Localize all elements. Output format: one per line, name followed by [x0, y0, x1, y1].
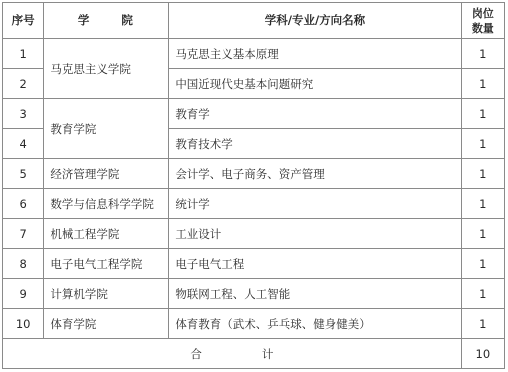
cell-college: 体育学院 [44, 309, 169, 339]
table-row: 8 电子电气工程学院 电子电气工程 1 [3, 249, 505, 279]
cell-college: 数学与信息科学学院 [44, 189, 169, 219]
total-label: 合计 [3, 339, 462, 369]
header-no: 序号 [3, 3, 44, 39]
cell-college: 电子电气工程学院 [44, 249, 169, 279]
cell-no: 10 [3, 309, 44, 339]
cell-no: 5 [3, 159, 44, 189]
cell-count: 1 [461, 219, 504, 249]
table-row: 1 马克思主义学院 马克思主义基本原理 1 [3, 39, 505, 69]
cell-count: 1 [461, 129, 504, 159]
cell-count: 1 [461, 39, 504, 69]
cell-subject: 中国近现代史基本问题研究 [169, 69, 461, 99]
cell-subject: 会计学、电子商务、资产管理 [169, 159, 461, 189]
cell-college: 马克思主义学院 [44, 39, 169, 99]
header-count-a: 岗位 [462, 6, 504, 21]
cell-subject: 教育技术学 [169, 129, 461, 159]
cell-count: 1 [461, 249, 504, 279]
table-row: 7 机械工程学院 工业设计 1 [3, 219, 505, 249]
cell-subject: 统计学 [169, 189, 461, 219]
cell-count: 1 [461, 159, 504, 189]
cell-no: 2 [3, 69, 44, 99]
cell-no: 6 [3, 189, 44, 219]
cell-college: 计算机学院 [44, 279, 169, 309]
cell-no: 7 [3, 219, 44, 249]
table-row: 9 计算机学院 物联网工程、人工智能 1 [3, 279, 505, 309]
cell-no: 3 [3, 99, 44, 129]
header-count-b: 数量 [462, 21, 504, 36]
cell-count: 1 [461, 309, 504, 339]
header-row: 序号 学院 学科/专业/方向名称 岗位数量 [3, 3, 505, 39]
table-row: 6 数学与信息科学学院 统计学 1 [3, 189, 505, 219]
cell-college: 教育学院 [44, 99, 169, 159]
cell-no: 9 [3, 279, 44, 309]
header-college-b: 院 [121, 13, 135, 27]
positions-table: 序号 学院 学科/专业/方向名称 岗位数量 1 马克思主义学院 马克思主义基本原… [2, 2, 505, 369]
cell-no: 8 [3, 249, 44, 279]
cell-count: 1 [461, 99, 504, 129]
cell-subject: 工业设计 [169, 219, 461, 249]
cell-no: 1 [3, 39, 44, 69]
cell-subject: 马克思主义基本原理 [169, 39, 461, 69]
header-college-a: 学 [78, 13, 92, 27]
cell-count: 1 [461, 69, 504, 99]
cell-subject: 体育教育（武术、乒乓球、健身健美） [169, 309, 461, 339]
cell-subject: 电子电气工程 [169, 249, 461, 279]
total-row: 合计 10 [3, 339, 505, 369]
cell-college: 经济管理学院 [44, 159, 169, 189]
table-row: 10 体育学院 体育教育（武术、乒乓球、健身健美） 1 [3, 309, 505, 339]
cell-count: 1 [461, 189, 504, 219]
table-row: 5 经济管理学院 会计学、电子商务、资产管理 1 [3, 159, 505, 189]
cell-no: 4 [3, 129, 44, 159]
table-row: 3 教育学院 教育学 1 [3, 99, 505, 129]
cell-count: 1 [461, 279, 504, 309]
cell-college: 机械工程学院 [44, 219, 169, 249]
cell-subject: 教育学 [169, 99, 461, 129]
header-subject: 学科/专业/方向名称 [169, 3, 461, 39]
header-count: 岗位数量 [461, 3, 504, 39]
cell-subject: 物联网工程、人工智能 [169, 279, 461, 309]
total-label-b: 计 [262, 346, 274, 362]
total-count: 10 [461, 339, 504, 369]
header-college: 学院 [44, 3, 169, 39]
total-label-a: 合 [190, 346, 202, 362]
